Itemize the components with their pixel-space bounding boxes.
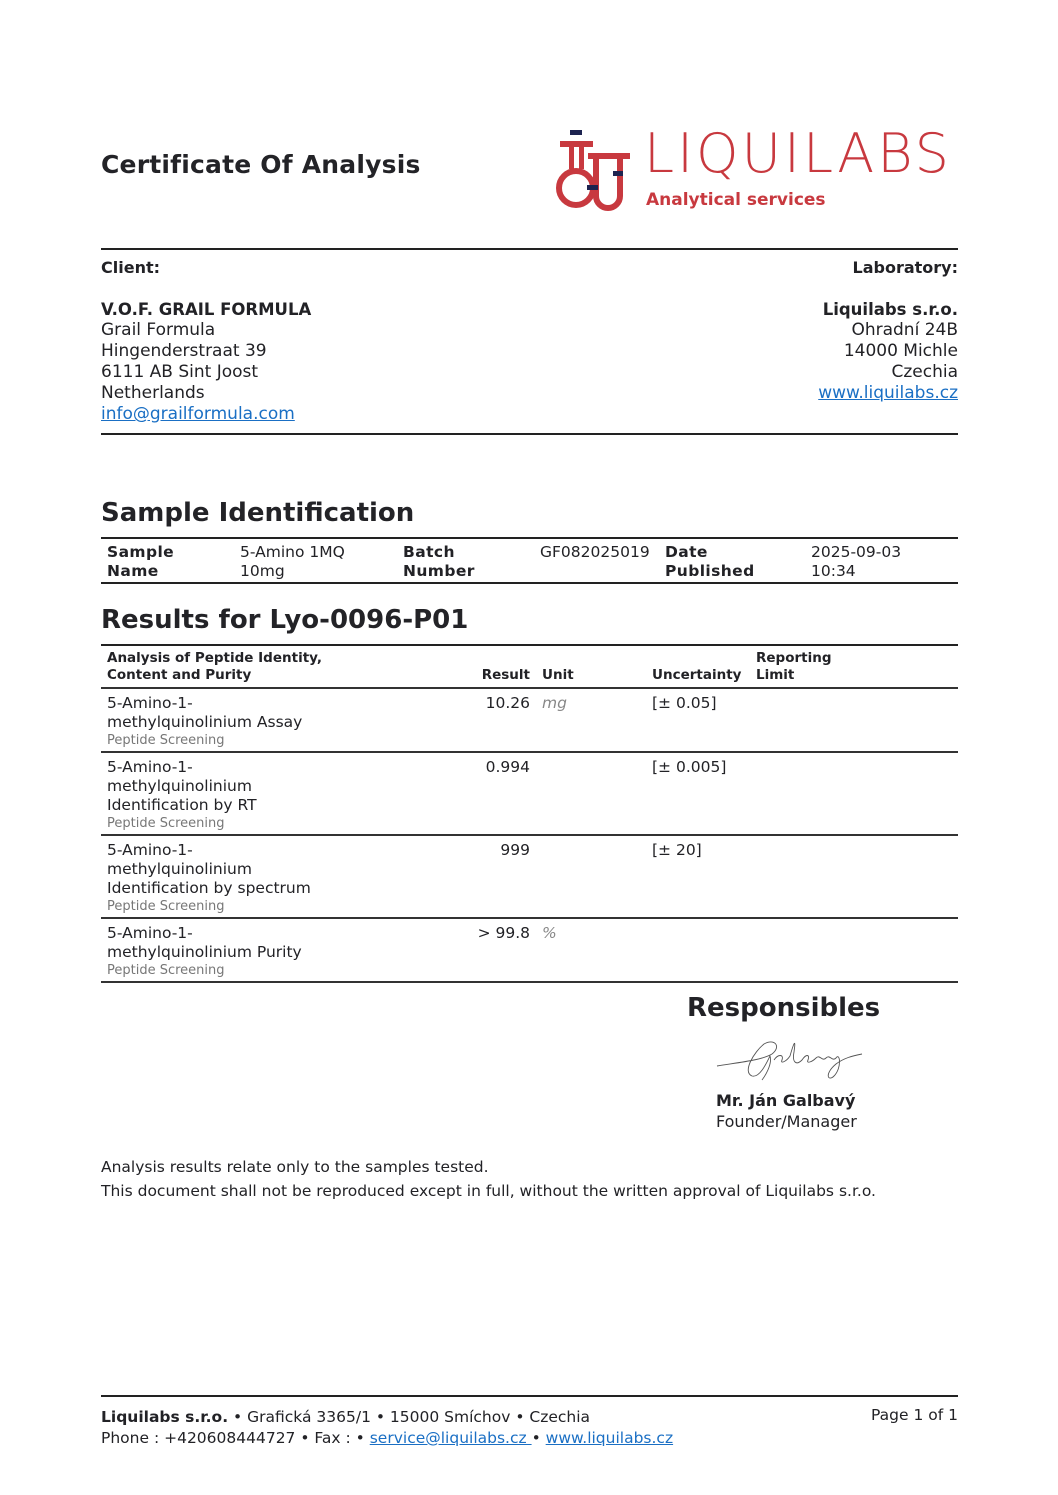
date-published-label: Date Published	[665, 543, 755, 581]
uncertainty-value: [± 0.005]	[646, 752, 754, 835]
table-row: 5-Amino-1-methylquinoliniumIdentificatio…	[101, 835, 958, 918]
footer-company: Liquilabs s.r.o.	[101, 1408, 228, 1426]
sample-name-label: Sample Name	[107, 543, 174, 581]
note: This document shall not be reproduced ex…	[101, 1179, 876, 1203]
table-row: 5-Amino-1-methylquinolinium AssayPeptide…	[101, 688, 958, 752]
uncertainty-value: [± 20]	[646, 835, 754, 918]
reporting-limit-value	[754, 835, 958, 918]
logo-name: LIQUILABS	[644, 122, 952, 185]
unit-value	[536, 752, 646, 835]
divider	[101, 248, 958, 250]
unit-value: mg	[536, 688, 646, 752]
table-row: 5-Amino-1-methylquinoliniumIdentificatio…	[101, 752, 958, 835]
page-number: Page 1 of 1	[871, 1406, 958, 1424]
result-value: 10.26	[431, 688, 536, 752]
footer-website-link[interactable]: www.liquilabs.cz	[546, 1429, 673, 1447]
client-block: Client: V.O.F. GRAIL FORMULA Grail Formu…	[101, 258, 501, 425]
laboratory-line: Ohradní 24B	[558, 320, 958, 341]
unit-value	[536, 835, 646, 918]
sample-identification-table: Sample Name 5-Amino 1MQ 10mg Batch Numbe…	[101, 537, 958, 584]
footer-contact: Liquilabs s.r.o. • Grafická 3365/1 • 150…	[101, 1407, 673, 1449]
analysis-name: 5-Amino-1-methylquinoliniumIdentificatio…	[101, 835, 431, 918]
col-unit: Unit	[536, 645, 646, 688]
sample-name-value: 5-Amino 1MQ 10mg	[240, 543, 345, 581]
result-value: 0.994	[431, 752, 536, 835]
result-value: 999	[431, 835, 536, 918]
responsibles-heading: Responsibles	[687, 993, 880, 1023]
footer-email-link[interactable]: service@liquilabs.cz	[370, 1429, 532, 1447]
note: Analysis results relate only to the samp…	[101, 1155, 876, 1179]
col-uncertainty: Uncertainty	[646, 645, 754, 688]
client-line: Netherlands	[101, 383, 501, 404]
flask-tube-icon	[556, 128, 636, 212]
col-result: Result	[431, 645, 536, 688]
footer-separator: •	[532, 1429, 546, 1447]
analysis-name: 5-Amino-1-methylquinolinium PurityPeptid…	[101, 918, 431, 982]
client-line: 6111 AB Sint Joost	[101, 362, 501, 383]
date-published-value: 2025-09-03 10:34	[811, 543, 901, 581]
results-header-row: Analysis of Peptide Identity,Content and…	[101, 645, 958, 688]
signer-role: Founder/Manager	[716, 1111, 857, 1132]
client-line: Grail Formula	[101, 320, 501, 341]
client-email-link[interactable]: info@grailformula.com	[101, 404, 295, 424]
signature-icon	[712, 1032, 872, 1084]
footer-divider	[101, 1395, 958, 1397]
col-analysis: Analysis of Peptide Identity,Content and…	[101, 645, 431, 688]
results-table: Analysis of Peptide Identity,Content and…	[101, 644, 958, 983]
uncertainty-value: [± 0.05]	[646, 688, 754, 752]
signer-name: Mr. Ján Galbavý	[716, 1090, 857, 1111]
analysis-name: 5-Amino-1-methylquinoliniumIdentificatio…	[101, 752, 431, 835]
result-value: > 99.8	[431, 918, 536, 982]
reporting-limit-value	[754, 688, 958, 752]
signer: Mr. Ján Galbavý Founder/Manager	[716, 1090, 857, 1132]
uncertainty-value	[646, 918, 754, 982]
laboratory-line: 14000 Michle	[558, 341, 958, 362]
unit-value: %	[536, 918, 646, 982]
footer-phone: Phone : +420608444727 • Fax : •	[101, 1429, 370, 1447]
client-label: Client:	[101, 258, 501, 277]
col-reporting-limit: ReportingLimit	[754, 645, 958, 688]
laboratory-website-link[interactable]: www.liquilabs.cz	[818, 383, 958, 403]
table-row: 5-Amino-1-methylquinolinium PurityPeptid…	[101, 918, 958, 982]
analysis-name: 5-Amino-1-methylquinolinium AssayPeptide…	[101, 688, 431, 752]
logo-tagline: Analytical services	[646, 190, 826, 210]
footer-address: • Grafická 3365/1 • 15000 Smíchov • Czec…	[228, 1408, 590, 1426]
document-title: Certificate Of Analysis	[101, 150, 421, 179]
laboratory-name: Liquilabs s.r.o.	[558, 299, 958, 320]
batch-number-value: GF082025019	[540, 543, 650, 562]
client-line: Hingenderstraat 39	[101, 341, 501, 362]
sample-identification-heading: Sample Identification	[101, 498, 414, 528]
results-heading: Results for Lyo-0096-P01	[101, 605, 468, 635]
logo	[556, 128, 636, 212]
disclaimer-notes: Analysis results relate only to the samp…	[101, 1155, 876, 1203]
laboratory-line: Czechia	[558, 362, 958, 383]
laboratory-block: Laboratory: Liquilabs s.r.o. Ohradní 24B…	[558, 258, 958, 404]
client-name: V.O.F. GRAIL FORMULA	[101, 299, 501, 320]
divider	[101, 433, 958, 435]
laboratory-label: Laboratory:	[558, 258, 958, 277]
batch-number-label: Batch Number	[403, 543, 475, 581]
reporting-limit-value	[754, 918, 958, 982]
reporting-limit-value	[754, 752, 958, 835]
